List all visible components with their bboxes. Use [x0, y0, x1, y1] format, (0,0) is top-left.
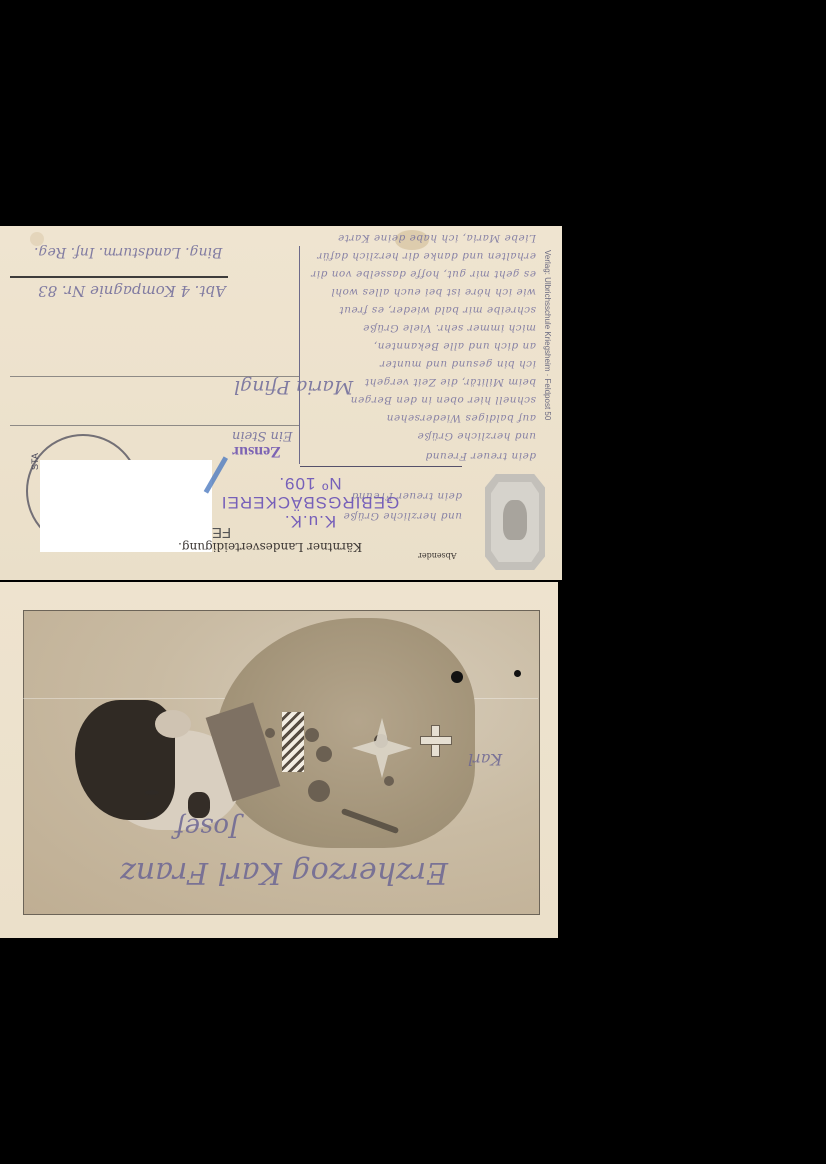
- button-icon: [384, 776, 394, 786]
- letter-line: schreibe mir bald wieder, es freut: [304, 304, 536, 316]
- signature-line: Josef: [175, 812, 239, 842]
- letter-line: dein treuer Freund: [304, 450, 536, 462]
- pin-hole: [514, 670, 521, 677]
- letter-line: wie ich höre ist bei euch alles wohl: [304, 286, 536, 298]
- address-fragment: Ein Stein: [232, 428, 293, 443]
- button-icon: [265, 728, 275, 738]
- unit-stamp: K.u.K. GEBIRGSBÄCKEREI Nº 109.: [220, 474, 400, 531]
- letter-line: es geht mir gut, hoffe dasselbe von dir: [304, 268, 536, 280]
- letter-line: an dich und alle Bekannten,: [304, 340, 536, 352]
- medal-icon: [305, 728, 319, 742]
- iron-cross-icon: [420, 725, 450, 755]
- censor-stamp: Zensur: [232, 442, 281, 460]
- postmark-text: STA: [30, 453, 40, 470]
- eye: [145, 790, 159, 795]
- unit-stamp-line1: K.u.K.: [220, 512, 400, 531]
- divider-line: [299, 246, 300, 464]
- letter-line: auf baldiges Wiedersehen: [304, 412, 536, 424]
- letter-line: mich immer sehr. Viele Grüße: [304, 322, 536, 334]
- letter-text: Liebe Maria, ich habe deine Karte erhalt…: [304, 228, 536, 468]
- ear: [155, 710, 191, 738]
- printed-sender-label: Absender: [418, 551, 457, 560]
- letter-line: und herzliche Grüße: [304, 430, 536, 442]
- signature-line: Karl: [468, 750, 502, 769]
- sender-line: Bing. Landsturm. Inf. Reg.: [34, 244, 222, 260]
- unit-stamp-line2: GEBIRGSBÄCKEREI: [220, 493, 400, 512]
- publisher-imprint: Verlag: Ulbrichsschule Kriegsheim · Feld…: [543, 250, 552, 480]
- medal-icon: [316, 746, 332, 762]
- pin-hole: [451, 671, 463, 683]
- signature-line: Erzherzog Karl Franz: [120, 855, 448, 890]
- unit-stamp-line3: Nº 109.: [220, 474, 400, 493]
- redaction-box: [40, 460, 212, 552]
- stamp-figure-icon: [503, 500, 527, 540]
- medal-ribbons: [282, 712, 304, 772]
- address-rule: [10, 276, 228, 278]
- letter-line: ich bin gesund und munter: [304, 358, 536, 370]
- stamp-fragment: FE: [212, 524, 231, 541]
- letter-line: erhalten und danke dir herzlich dafür: [304, 250, 536, 262]
- letter-line: Liebe Maria, ich habe deine Karte: [304, 232, 536, 244]
- address-rule: [10, 425, 300, 426]
- sender-line: Abt. 4 Kompagnie Nr. 83: [38, 282, 226, 300]
- eye: [146, 812, 154, 817]
- postage-stamp-imprint: [485, 474, 545, 570]
- letter-line: beim Militär, die Zeit vergeht: [304, 376, 536, 388]
- medal-icon: [308, 780, 330, 802]
- letter-line: schnell hier oben in den Bergen: [304, 394, 536, 406]
- printed-title: Kärntner Landesverteidigung.: [178, 540, 362, 554]
